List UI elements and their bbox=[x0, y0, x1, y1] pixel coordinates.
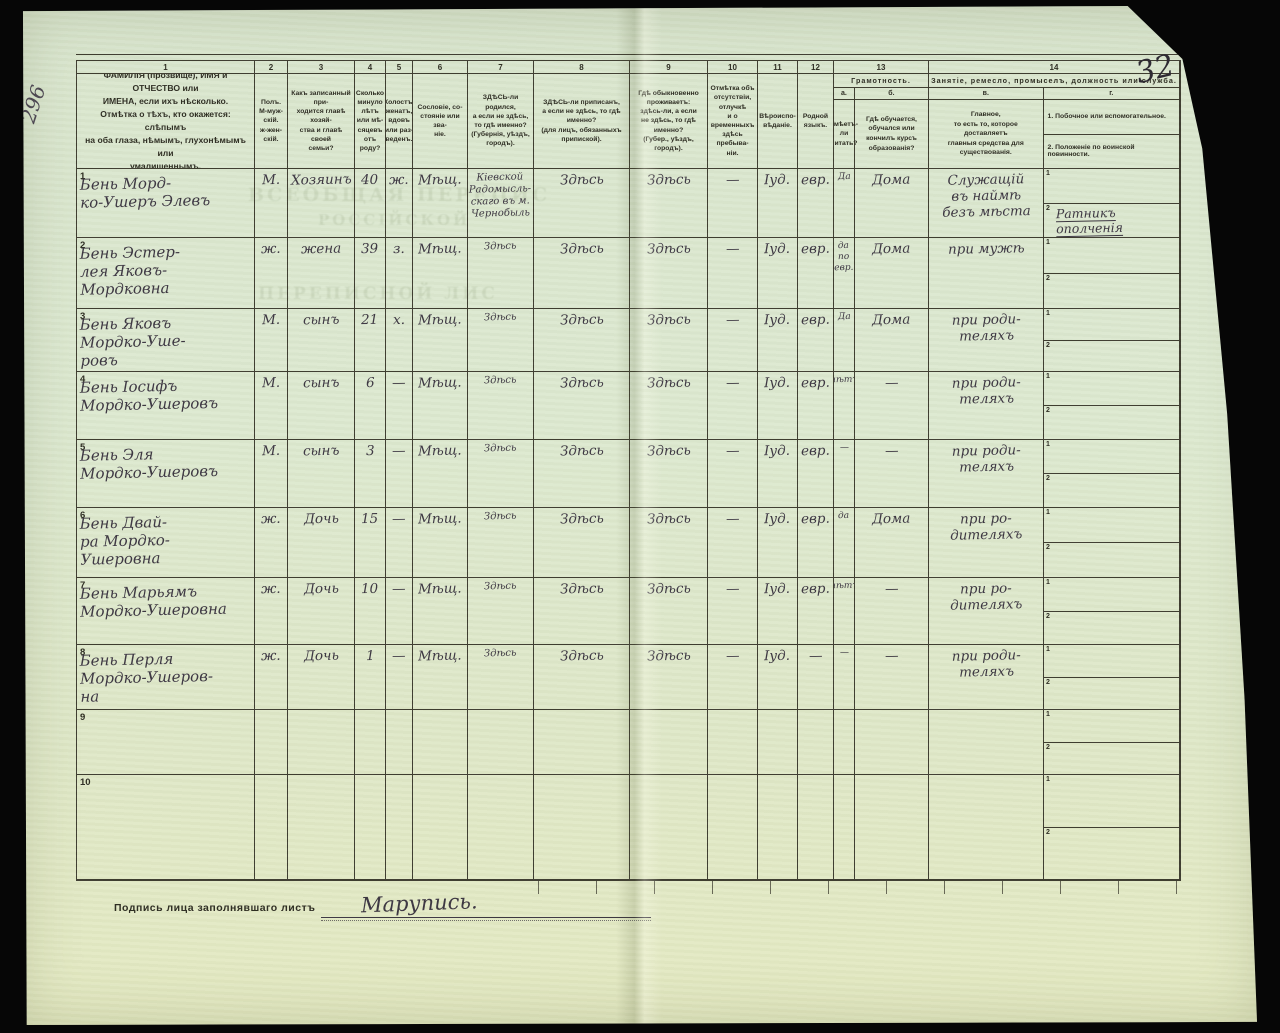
cell-where-educated: Дома bbox=[855, 508, 929, 578]
header-birthplace: ЗДѢСЬ-ли родился, а если не здѣсь, то гд… bbox=[468, 74, 534, 169]
cell-estate: Мѣщ. bbox=[413, 508, 468, 578]
military-status-half: 2 bbox=[1044, 612, 1179, 645]
cell-marital: — bbox=[386, 578, 413, 645]
cell-main-occupation: при роди- теляхъ bbox=[929, 645, 1044, 710]
header-absence-note: Отмѣтка объ отсутствіи, отлучкѣ и о врем… bbox=[708, 74, 758, 169]
cell-sex: М. bbox=[255, 169, 288, 238]
cell-sex: М. bbox=[255, 440, 288, 508]
cell-religion: Іуд. bbox=[758, 238, 798, 309]
cell-side-occupation-group: 1 2 bbox=[1044, 238, 1180, 309]
cell-absence: — bbox=[708, 309, 758, 372]
cell-name: 8Бень Перля Мордко-Ушеров- на bbox=[77, 645, 255, 710]
cell-name: 9 bbox=[77, 710, 255, 775]
cell-main-occupation bbox=[929, 710, 1044, 775]
cell-age: 6 bbox=[355, 372, 386, 440]
cell-birthplace: Здѣсь bbox=[468, 508, 534, 578]
cell-absence: — bbox=[708, 372, 758, 440]
cell-relation: Дочь bbox=[288, 508, 355, 578]
header-literacy-group: Грамотность. а. б. Умѣетъ- ли читать? Гд… bbox=[834, 74, 929, 169]
paper-fold-shading bbox=[616, 6, 662, 1026]
cell-birthplace: Здѣсь bbox=[468, 309, 534, 372]
cell-estate: Мѣщ. bbox=[413, 645, 468, 710]
cell-age: 1 bbox=[355, 645, 386, 710]
col-number: 13 bbox=[834, 61, 929, 74]
cell-birthplace: Кіевской Радомысль- скаго въ м. Чернобыл… bbox=[468, 169, 534, 238]
cell-estate bbox=[413, 710, 468, 775]
col-number: 6 bbox=[413, 61, 468, 74]
cell-sex: М. bbox=[255, 309, 288, 372]
cell-estate: Мѣщ. bbox=[413, 440, 468, 508]
side-occupation-half: 1 bbox=[1044, 578, 1179, 612]
cell-can-read: да bbox=[834, 508, 855, 578]
cell-absence: — bbox=[708, 508, 758, 578]
scanned-census-page: { "colors":{"paper":"#dde8cd","ink":"#3a… bbox=[0, 0, 1280, 1033]
cell-marital: х. bbox=[386, 309, 413, 372]
cell-absence: — bbox=[708, 645, 758, 710]
cell-sex: ж. bbox=[255, 238, 288, 309]
cell-birthplace: Здѣсь bbox=[468, 238, 534, 309]
cell-marital bbox=[386, 775, 413, 880]
cell-name: 1Бень Морд- ко-Ушеръ Элевъ bbox=[77, 169, 255, 238]
military-status-half: 2 bbox=[1044, 406, 1179, 439]
header-can-read: Умѣетъ- ли читать? bbox=[834, 100, 855, 168]
header-age: Сколько минуло лѣтъ или мѣ- сяцевъ отъ р… bbox=[355, 74, 386, 169]
cell-religion: Іуд. bbox=[758, 508, 798, 578]
military-status-half: 2 bbox=[1044, 274, 1179, 309]
cell-relation bbox=[288, 775, 355, 880]
literacy-title: Грамотность. bbox=[834, 74, 928, 88]
side-occupation-half: 1 bbox=[1044, 169, 1179, 204]
cell-religion bbox=[758, 710, 798, 775]
row-number: 10 bbox=[80, 777, 91, 788]
header-military-status: 2. Положеніе по воинской повинности. bbox=[1044, 135, 1179, 169]
cell-language: — bbox=[798, 645, 834, 710]
cell-age: 21 bbox=[355, 309, 386, 372]
cell-birthplace: Здѣсь bbox=[468, 578, 534, 645]
cell-language: евр. bbox=[798, 238, 834, 309]
cell-age: 10 bbox=[355, 578, 386, 645]
col-number: 3 bbox=[288, 61, 355, 74]
cell-relation: сынъ bbox=[288, 440, 355, 508]
cell-marital bbox=[386, 710, 413, 775]
cell-where-educated bbox=[855, 775, 929, 880]
margin-page-number: 296 bbox=[16, 82, 51, 126]
cell-name: 7Бень Марьямъ Мордко-Ушеровна bbox=[77, 578, 255, 645]
cell-marital: ж. bbox=[386, 169, 413, 238]
cell-estate bbox=[413, 775, 468, 880]
side-occupation-half: 1 bbox=[1044, 309, 1179, 341]
cell-estate: Мѣщ. bbox=[413, 578, 468, 645]
cell-language: евр. bbox=[798, 578, 834, 645]
cell-relation bbox=[288, 710, 355, 775]
cell-main-occupation: при ро- дителяхъ bbox=[929, 508, 1044, 578]
cell-name: 5Бень Эля Мордко-Ушеровъ bbox=[77, 440, 255, 508]
handwritten-signature: Марупись. bbox=[321, 889, 478, 919]
header-sex: Полъ. М-муж- скій. ж-жен- скій. bbox=[255, 74, 288, 169]
cell-where-educated: Дома bbox=[855, 309, 929, 372]
cell-name: 3Бень Яковъ Мордко-Уше- ровъ bbox=[77, 309, 255, 372]
cell-main-occupation: при роди- теляхъ bbox=[929, 440, 1044, 508]
signature-row: Подпись лица заполнявшаго листъ Марупись… bbox=[114, 892, 651, 918]
military-status-half: 2Ратникъ ополченія bbox=[1044, 204, 1179, 238]
col-number: 12 bbox=[798, 61, 834, 74]
cell-side-occupation-group: 1 2 bbox=[1044, 440, 1180, 508]
cell-main-occupation: при роди- теляхъ bbox=[929, 309, 1044, 372]
cell-absence: — bbox=[708, 238, 758, 309]
header-religion: Вѣроиспо- вѣданіе. bbox=[758, 74, 798, 169]
cell-can-read bbox=[834, 710, 855, 775]
cell-main-occupation bbox=[929, 775, 1044, 880]
header-side-occupation: 1. Побочное или вспомогательное. bbox=[1044, 100, 1179, 135]
cell-name: 10 bbox=[77, 775, 255, 880]
cell-absence bbox=[708, 710, 758, 775]
cell-age bbox=[355, 775, 386, 880]
cell-sex: ж. bbox=[255, 508, 288, 578]
col-number: 4 bbox=[355, 61, 386, 74]
cell-where-educated bbox=[855, 710, 929, 775]
col-number: 1 bbox=[77, 61, 255, 74]
cell-can-read: нѣтъ bbox=[834, 372, 855, 440]
cell-birthplace: Здѣсь bbox=[468, 440, 534, 508]
cell-main-occupation: при мужѣ bbox=[929, 238, 1044, 309]
subcol-letter-v: в. bbox=[929, 88, 1044, 99]
header-relation: Какъ записанный при- ходится главѣ хозяй… bbox=[288, 74, 355, 169]
cell-sex: ж. bbox=[255, 645, 288, 710]
cell-religion bbox=[758, 775, 798, 880]
cell-can-read: да по евр. bbox=[834, 238, 855, 309]
cell-age: 3 bbox=[355, 440, 386, 508]
cell-language bbox=[798, 710, 834, 775]
side-occupation-half: 1 bbox=[1044, 440, 1179, 474]
cell-absence: — bbox=[708, 578, 758, 645]
side-occupation-half: 1 bbox=[1044, 238, 1179, 274]
cell-sex: ж. bbox=[255, 578, 288, 645]
military-status-half: 2 bbox=[1044, 743, 1179, 775]
cell-side-occupation-group: 1 2 bbox=[1044, 710, 1180, 775]
cell-language: евр. bbox=[798, 309, 834, 372]
subcol-letter-a: а. bbox=[834, 88, 855, 99]
cell-relation: Дочь bbox=[288, 578, 355, 645]
cell-can-read: — bbox=[834, 645, 855, 710]
side-occupation-half: 1 bbox=[1044, 645, 1179, 678]
cell-relation: Хозяинъ bbox=[288, 169, 355, 238]
cell-religion: Іуд. bbox=[758, 578, 798, 645]
cell-marital: з. bbox=[386, 238, 413, 309]
cell-main-occupation: Служащій въ наймѣ безъ мѣста bbox=[929, 169, 1044, 238]
cell-birthplace: Здѣсь bbox=[468, 645, 534, 710]
cell-side-occupation-group: 1 2 bbox=[1044, 309, 1180, 372]
cell-religion: Іуд. bbox=[758, 309, 798, 372]
cell-relation: сынъ bbox=[288, 309, 355, 372]
military-status-half: 2 bbox=[1044, 341, 1179, 372]
cell-can-read: — bbox=[834, 440, 855, 508]
cell-estate: Мѣщ. bbox=[413, 372, 468, 440]
side-occupation-half: 1 bbox=[1044, 372, 1179, 406]
header-main-occupation: Главное, то есть то, которое доставляетъ… bbox=[929, 100, 1044, 168]
cell-birthplace bbox=[468, 775, 534, 880]
cell-can-read bbox=[834, 775, 855, 880]
side-occupation-half: 1 bbox=[1044, 775, 1179, 828]
cell-side-occupation-group: 1 2 bbox=[1044, 775, 1180, 880]
cell-religion: Іуд. bbox=[758, 645, 798, 710]
military-status-half: 2 bbox=[1044, 543, 1179, 577]
cell-absence: — bbox=[708, 440, 758, 508]
cell-name: 4Бень Іосифъ Мордко-Ушеровъ bbox=[77, 372, 255, 440]
cell-sex bbox=[255, 710, 288, 775]
military-status-half: 2 bbox=[1044, 678, 1179, 710]
cell-where-educated: — bbox=[855, 372, 929, 440]
cell-estate: Мѣщ. bbox=[413, 169, 468, 238]
cell-marital: — bbox=[386, 440, 413, 508]
military-status-half: 2 bbox=[1044, 474, 1179, 507]
cell-main-occupation: при роди- теляхъ bbox=[929, 372, 1044, 440]
cell-birthplace bbox=[468, 710, 534, 775]
cell-age: 39 bbox=[355, 238, 386, 309]
cell-side-occupation-group: 1 2 bbox=[1044, 645, 1180, 710]
col-number: 10 bbox=[708, 61, 758, 74]
side-occupation-half: 1 bbox=[1044, 508, 1179, 543]
col-number: 5 bbox=[386, 61, 413, 74]
cell-absence bbox=[708, 775, 758, 880]
cell-side-occupation-group: 1 2 bbox=[1044, 372, 1180, 440]
cell-absence: — bbox=[708, 169, 758, 238]
military-status-half: 2 bbox=[1044, 828, 1179, 880]
subcol-letter-b: б. bbox=[855, 88, 928, 99]
subcol-letter-g: г. bbox=[1044, 88, 1179, 99]
cell-side-occupation-group: 1 2Ратникъ ополченія bbox=[1044, 169, 1180, 238]
cell-can-read: нѣтъ bbox=[834, 578, 855, 645]
cell-language: евр. bbox=[798, 508, 834, 578]
cell-can-read: Да bbox=[834, 309, 855, 372]
cell-religion: Іуд. bbox=[758, 372, 798, 440]
cell-estate: Мѣщ. bbox=[413, 309, 468, 372]
side-occupation-half: 1 bbox=[1044, 710, 1179, 743]
cell-where-educated: — bbox=[855, 645, 929, 710]
signature-label: Подпись лица заполнявшаго листъ bbox=[114, 902, 315, 918]
cell-where-educated: — bbox=[855, 578, 929, 645]
cell-relation: жена bbox=[288, 238, 355, 309]
cell-where-educated: Дома bbox=[855, 238, 929, 309]
col-number: 2 bbox=[255, 61, 288, 74]
header-native-language: Родной языкъ. bbox=[798, 74, 834, 169]
cell-name: 2Бень Эстер- лея Яковъ- Мордковна bbox=[77, 238, 255, 309]
cell-religion: Іуд. bbox=[758, 169, 798, 238]
cell-age: 40 bbox=[355, 169, 386, 238]
cell-age: 15 bbox=[355, 508, 386, 578]
census-sheet-paper: 296 32 ВСЕОБЩАЯ ПЕРЕПИС РОССІЙСКОЙ ПЕРЕП… bbox=[18, 6, 1262, 1026]
cell-relation: сынъ bbox=[288, 372, 355, 440]
cell-sex: М. bbox=[255, 372, 288, 440]
cell-religion: Іуд. bbox=[758, 440, 798, 508]
header-estate: Сословіе, со- стояніе или зва- ніе. bbox=[413, 74, 468, 169]
cell-side-occupation-group: 1 2 bbox=[1044, 578, 1180, 645]
cell-main-occupation: при ро- дителяхъ bbox=[929, 578, 1044, 645]
cell-language bbox=[798, 775, 834, 880]
cell-marital: — bbox=[386, 508, 413, 578]
header-name-column: ФАМИЛІЯ (прозвище), ИМЯ и ОТЧЕСТВО или И… bbox=[77, 74, 255, 169]
cell-relation: Дочь bbox=[288, 645, 355, 710]
cell-marital: — bbox=[386, 372, 413, 440]
header-where-educated: Гдѣ обучается, обучался или кончилъ курс… bbox=[855, 100, 928, 168]
header-marital-status: Холостъ, женатъ, вдовъ или раз- веденъ. bbox=[386, 74, 413, 169]
signature-line: Марупись. bbox=[321, 892, 651, 918]
cell-can-read: Да bbox=[834, 169, 855, 238]
cell-age bbox=[355, 710, 386, 775]
cell-sex bbox=[255, 775, 288, 880]
cell-marital: — bbox=[386, 645, 413, 710]
cell-language: евр. bbox=[798, 440, 834, 508]
cell-estate: Мѣщ. bbox=[413, 238, 468, 309]
row-number: 9 bbox=[80, 712, 85, 723]
cell-language: евр. bbox=[798, 169, 834, 238]
col-number: 7 bbox=[468, 61, 534, 74]
col-number: 11 bbox=[758, 61, 798, 74]
cell-birthplace: Здѣсь bbox=[468, 372, 534, 440]
cell-where-educated: — bbox=[855, 440, 929, 508]
cell-language: евр. bbox=[798, 372, 834, 440]
cell-name: 6Бень Двай- ра Мордко- Ушеровна bbox=[77, 508, 255, 578]
cell-side-occupation-group: 1 2 bbox=[1044, 508, 1180, 578]
cell-where-educated: Дома bbox=[855, 169, 929, 238]
